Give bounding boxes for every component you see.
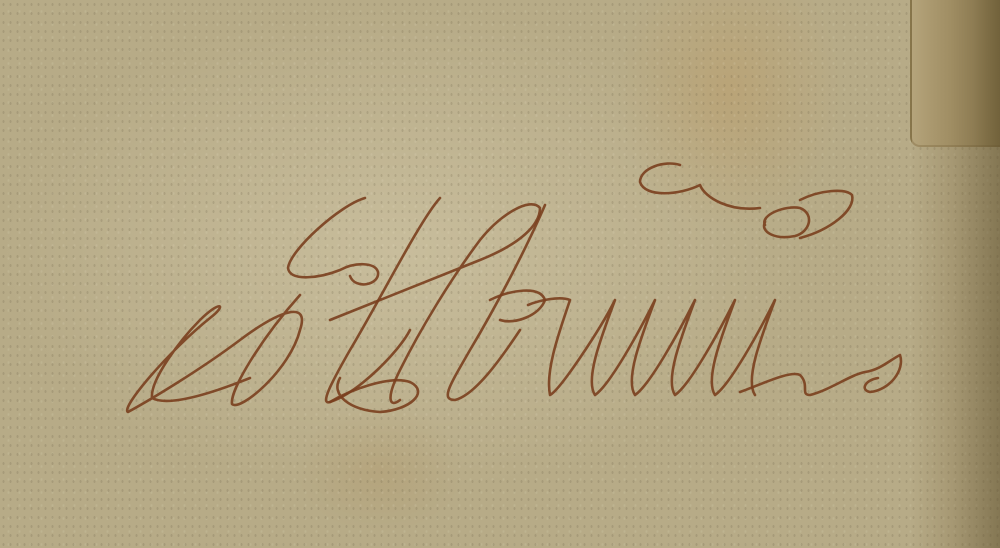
signature-photo: J. H. Brummer co [0,0,1000,548]
handwritten-signature [0,0,1000,548]
